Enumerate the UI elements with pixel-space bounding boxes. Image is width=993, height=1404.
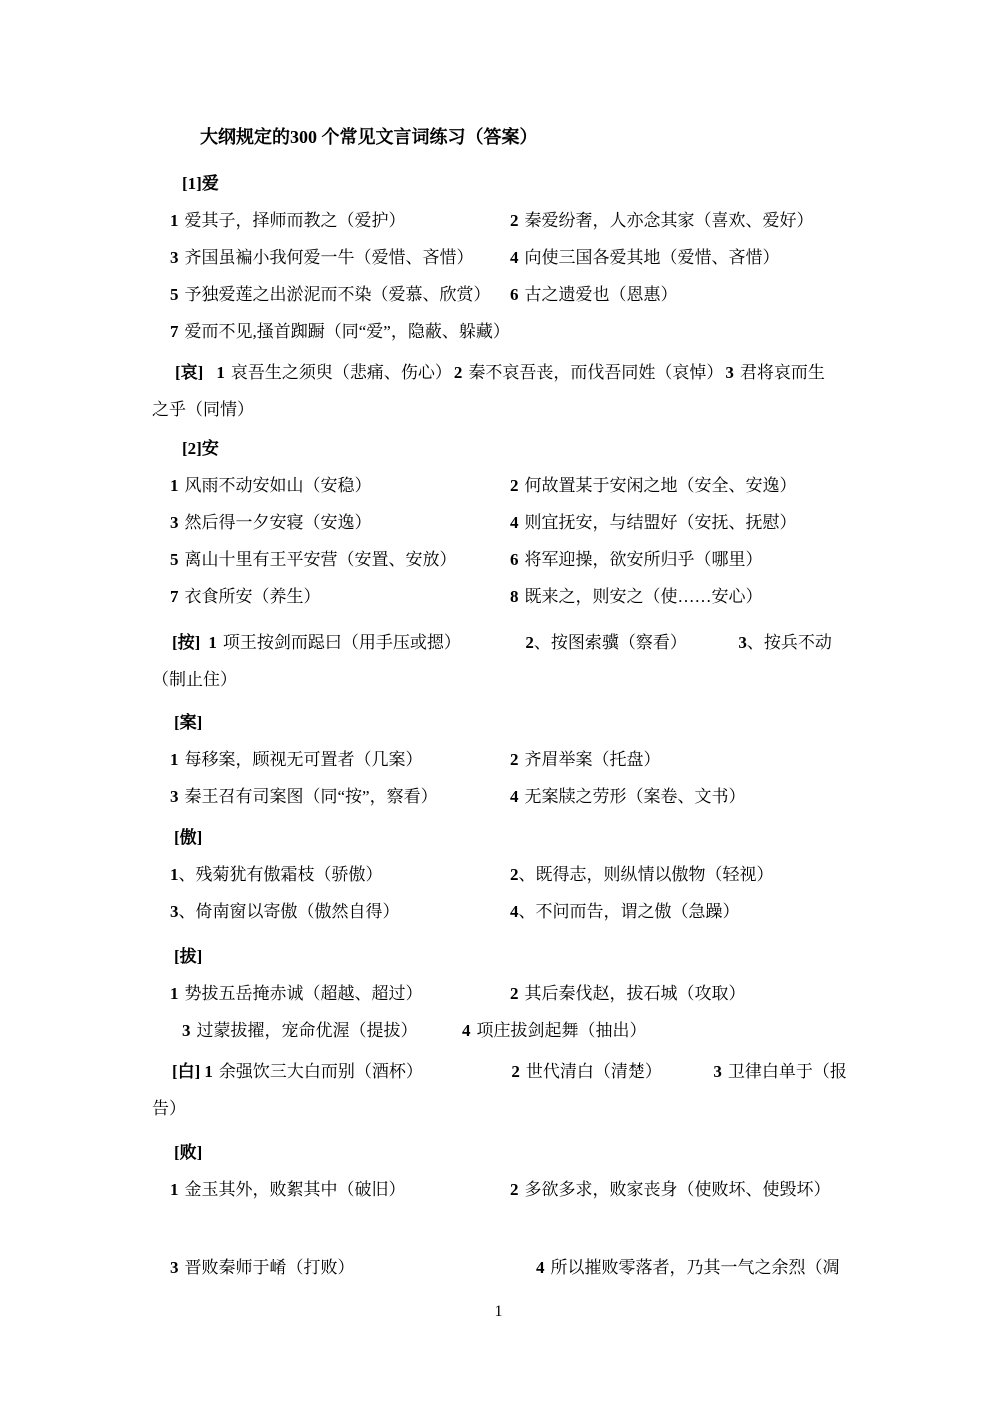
entry-text: 项庄拔剑起舞（抽出） [477, 1021, 647, 1040]
entry-text: 爱而不见,搔首踟蹰（同“爱”，隐蔽、躲藏） [185, 322, 510, 341]
entry: 3齐国虽褊小我何爱一牛（爱惜、吝惜） [170, 239, 510, 276]
entry-text: 风雨不动安如山（安稳） [185, 476, 372, 495]
entry-number: 2 [510, 865, 519, 884]
entry-row: 7衣食所安（养生）8既来之，则安之（使……安心） [152, 578, 845, 615]
entry-text: 过蒙拔擢，宠命优渥（提拔） [197, 1021, 418, 1040]
entry-text: 多欲多求，败家丧身（使败坏、使毁坏） [525, 1180, 831, 1199]
entry-number: 8 [510, 587, 519, 606]
entry: 3卫律白单于（报 [713, 1062, 847, 1081]
word-tag: [白] [172, 1062, 200, 1081]
entry: 2、既得志，则纵情以傲物（轻视） [510, 856, 774, 893]
section-heading: [傲] [152, 819, 845, 856]
entry-row: 1金玉其外，败絮其中（破旧）2多欲多求，败家丧身（使败坏、使毁坏） [152, 1171, 845, 1208]
entry-text: 其后秦伐赵，拔石城（攻取） [525, 984, 746, 1003]
entry: 7衣食所安（养生） [170, 578, 510, 615]
entry: 1哀吾生之须臾（悲痛、伤心） [216, 363, 452, 382]
entry: 3、按兵不动 [738, 633, 832, 652]
entry-text: 君将哀而生 [740, 363, 825, 382]
entry-text: 、按兵不动 [747, 633, 832, 652]
entry-number: 1 [170, 476, 179, 495]
entry-text: 予独爱莲之出淤泥而不染（爱慕、欣赏） [185, 285, 491, 304]
entry-number: 4 [510, 787, 519, 806]
entry: 2世代清白（清楚） [511, 1053, 713, 1090]
entry: 1每移案，顾视无可置者（几案） [170, 741, 510, 778]
entry-text: 则宜抚安，与结盟好（安抚、抚慰） [525, 513, 797, 532]
entry: 3过蒙拔擢，宠命优渥（提拔） [182, 1012, 462, 1049]
entry-text: 、不问而告，谓之傲（急躁） [519, 902, 740, 921]
entry-number: 6 [510, 550, 519, 569]
entry: 4向使三国各爱其地（爱惜、吝惜） [510, 239, 780, 276]
entry: 1项王按剑而跽曰（用手压或摁） [208, 624, 525, 661]
entry: 3君将哀而生 [725, 363, 825, 382]
entry-number: 1 [170, 750, 179, 769]
section-heading: [案] [152, 704, 845, 741]
entry-text: 齐眉举案（托盘） [525, 750, 661, 769]
entry-row: 3秦王召有司案图（同“按”，察看）4无案牍之劳形（案卷、文书） [152, 778, 845, 815]
entry: 3晋败秦师于崤（打败） [170, 1249, 536, 1286]
entry: 1金玉其外，败絮其中（破旧） [170, 1171, 510, 1208]
entry-text: 、倚南窗以寄傲（傲然自得） [179, 902, 400, 921]
entry-number: 4 [510, 513, 519, 532]
entry-text: 既来之，则安之（使……安心） [525, 587, 763, 606]
section-heading: [2]安 [152, 430, 845, 467]
entry-number: 1 [204, 1062, 213, 1081]
entry: 1势拔五岳掩赤诚（超越、超过） [170, 975, 510, 1012]
entry-row: 7爱而不见,搔首踟蹰（同“爱”，隐蔽、躲藏） [152, 313, 845, 350]
entry: 2何故置某于安闲之地（安全、安逸） [510, 467, 797, 504]
entry: 4无案牍之劳形（案卷、文书） [510, 778, 746, 815]
entry-number: 1 [170, 1180, 179, 1199]
entry-row: 3晋败秦师于崤（打败）4所以摧败零落者，乃其一气之余烈（凋 [152, 1249, 845, 1286]
word-tag: [按] [172, 633, 200, 652]
entry: 1、残菊犹有傲霜枝（骄傲） [170, 856, 510, 893]
entry-number: 2 [510, 984, 519, 1003]
entry-number: 2 [510, 211, 519, 230]
entry: 2秦爱纷奢，人亦念其家（喜欢、爱好） [510, 202, 814, 239]
entry-number: 6 [510, 285, 519, 304]
entry-text: 爱其子，择师而教之（爱护） [185, 211, 406, 230]
entry-text: 项王按剑而跽曰（用手压或摁） [223, 633, 461, 652]
entry: 4则宜抚安，与结盟好（安抚、抚慰） [510, 504, 797, 541]
entry: 1风雨不动安如山（安稳） [170, 467, 510, 504]
entry-row: [按]1项王按剑而跽曰（用手压或摁）2、按图索骥（察看）3、按兵不动 [152, 624, 845, 661]
word-tag: [哀] [175, 363, 203, 382]
entry: 2秦不哀吾丧，而伐吾同姓（哀悼） [454, 363, 724, 382]
entry-number: 1 [170, 865, 179, 884]
entry-number: 1 [170, 984, 179, 1003]
entry-text: 世代清白（清楚） [526, 1062, 662, 1081]
entry-text: 何故置某于安闲之地（安全、安逸） [525, 476, 797, 495]
page-number: 1 [152, 1293, 845, 1330]
entry-number: 3 [170, 248, 179, 267]
entry-number: 2 [510, 476, 519, 495]
entry-row: 3齐国虽褊小我何爱一牛（爱惜、吝惜）4向使三国各爱其地（爱惜、吝惜） [152, 239, 845, 276]
entry-number: 3 [725, 363, 734, 382]
entry-text: 金玉其外，败絮其中（破旧） [185, 1180, 406, 1199]
entry-number: 1 [170, 211, 179, 230]
entry-text: 衣食所安（养生） [185, 587, 321, 606]
entry-number: 7 [170, 587, 179, 606]
entry: 6将军迎操，欲安所归乎（哪里） [510, 541, 763, 578]
entry-row: 1每移案，顾视无可置者（几案）2齐眉举案（托盘） [152, 741, 845, 778]
entry-row: [哀]1哀吾生之须臾（悲痛、伤心）2秦不哀吾丧，而伐吾同姓（哀悼）3君将哀而生 [152, 354, 845, 391]
entry-text: 卫律白单于（报 [728, 1062, 847, 1081]
entry-text: 所以摧败零落者，乃其一气之余烈（凋 [551, 1258, 840, 1277]
entry-text: 秦王召有司案图（同“按”，察看） [185, 787, 438, 806]
continuation-line: 之乎（同情） [152, 391, 845, 428]
entry-number: 3 [170, 513, 179, 532]
entry-number: 4 [462, 1021, 471, 1040]
entry: 2齐眉举案（托盘） [510, 741, 661, 778]
entry: 4项庄拔剑起舞（抽出） [462, 1012, 647, 1049]
entry-number: 4 [510, 248, 519, 267]
continuation-line: （制止住） [152, 661, 845, 698]
entry-number: 3 [170, 902, 179, 921]
entry-number: 2 [454, 363, 463, 382]
entry-text: 将军迎操，欲安所归乎（哪里） [525, 550, 763, 569]
entry-text: 晋败秦师于崤（打败） [185, 1258, 355, 1277]
entry-text: 、残菊犹有傲霜枝（骄傲） [179, 865, 383, 884]
entry: 2、按图索骥（察看） [525, 624, 738, 661]
entry-row: [白]1余强饮三大白而别（酒杯）2世代清白（清楚）3卫律白单于（报 [152, 1053, 845, 1090]
entry-number: 3 [738, 633, 747, 652]
entry-text: 古之遗爱也（恩惠） [525, 285, 678, 304]
document-content: 大纲规定的300 个常见文言词练习（答案） [1]爱 1爱其子，择师而教之（爱护… [0, 0, 993, 1330]
entry-number: 3 [182, 1021, 191, 1040]
entry-number: 1 [216, 363, 225, 382]
entry-number: 1 [208, 633, 217, 652]
entry-text: 然后得一夕安寝（安逸） [185, 513, 372, 532]
entry-row: 1风雨不动安如山（安稳）2何故置某于安闲之地（安全、安逸） [152, 467, 845, 504]
entry-row: 5予独爱莲之出淤泥而不染（爱慕、欣赏）6古之遗爱也（恩惠） [152, 276, 845, 313]
entry-row: 3然后得一夕安寝（安逸）4则宜抚安，与结盟好（安抚、抚慰） [152, 504, 845, 541]
continuation-line: 告） [152, 1090, 845, 1127]
entry-row: 1、残菊犹有傲霜枝（骄傲）2、既得志，则纵情以傲物（轻视） [152, 856, 845, 893]
entry-number: 3 [170, 1258, 179, 1277]
entry-text: 齐国虽褊小我何爱一牛（爱惜、吝惜） [185, 248, 474, 267]
entry-row: 3过蒙拔擢，宠命优渥（提拔）4项庄拔剑起舞（抽出） [152, 1012, 845, 1049]
entry-text: 势拔五岳掩赤诚（超越、超过） [185, 984, 423, 1003]
entry: 7爱而不见,搔首踟蹰（同“爱”，隐蔽、躲藏） [170, 313, 510, 350]
entry-text: 哀吾生之须臾（悲痛、伤心） [231, 363, 452, 382]
entry-number: 2 [511, 1062, 520, 1081]
entry: 6古之遗爱也（恩惠） [510, 276, 678, 313]
entry: 2其后秦伐赵，拔石城（攻取） [510, 975, 746, 1012]
entry-text: 秦爱纷奢，人亦念其家（喜欢、爱好） [525, 211, 814, 230]
entry-text: 余强饮三大白而别（酒杯） [219, 1062, 423, 1081]
entry-number: 7 [170, 322, 179, 341]
doc-title: 大纲规定的300 个常见文言词练习（答案） [152, 119, 845, 156]
entry-row: 1势拔五岳掩赤诚（超越、超过）2其后秦伐赵，拔石城（攻取） [152, 975, 845, 1012]
section-heading: [1]爱 [152, 165, 845, 202]
entry-row: 3、倚南窗以寄傲（傲然自得）4、不问而告，谓之傲（急躁） [152, 893, 845, 930]
entry-text: 、既得志，则纵情以傲物（轻视） [519, 865, 774, 884]
entry-number: 2 [525, 633, 534, 652]
entry: 8既来之，则安之（使……安心） [510, 578, 763, 615]
entry-number: 4 [536, 1258, 545, 1277]
section-heading: [拔] [152, 938, 845, 975]
entry-text: 离山十里有王平安营（安置、安放） [185, 550, 457, 569]
entry-text: 秦不哀吾丧，而伐吾同姓（哀悼） [468, 363, 723, 382]
entry-number: 3 [170, 787, 179, 806]
entry-row: 5离山十里有王平安营（安置、安放）6将军迎操，欲安所归乎（哪里） [152, 541, 845, 578]
entry: 3然后得一夕安寝（安逸） [170, 504, 510, 541]
entry-number: 2 [510, 750, 519, 769]
entry-text: 向使三国各爱其地（爱惜、吝惜） [525, 248, 780, 267]
entry: 4、不问而告，谓之傲（急躁） [510, 893, 740, 930]
entry-number: 3 [713, 1062, 722, 1081]
entry-text: 无案牍之劳形（案卷、文书） [525, 787, 746, 806]
document-page: 大纲规定的300 个常见文言词练习（答案） [1]爱 1爱其子，择师而教之（爱护… [0, 0, 993, 1404]
section-heading: [败] [152, 1134, 845, 1171]
entry: 1余强饮三大白而别（酒杯） [204, 1053, 511, 1090]
entry-number: 5 [170, 285, 179, 304]
entry-number: 4 [510, 902, 519, 921]
entry: 5离山十里有王平安营（安置、安放） [170, 541, 510, 578]
entry-text: 、按图索骥（察看） [534, 633, 687, 652]
entry: 2多欲多求，败家丧身（使败坏、使毁坏） [510, 1171, 831, 1208]
entry-text: 每移案，顾视无可置者（几案） [185, 750, 423, 769]
entry-number: 2 [510, 1180, 519, 1199]
entry: 4所以摧败零落者，乃其一气之余烈（凋 [536, 1249, 840, 1286]
entry: 1爱其子，择师而教之（爱护） [170, 202, 510, 239]
entry: 5予独爱莲之出淤泥而不染（爱慕、欣赏） [170, 276, 510, 313]
entry: 3秦王召有司案图（同“按”，察看） [170, 778, 510, 815]
entry: 3、倚南窗以寄傲（傲然自得） [170, 893, 510, 930]
entry-row: 1爱其子，择师而教之（爱护）2秦爱纷奢，人亦念其家（喜欢、爱好） [152, 202, 845, 239]
entry-number: 5 [170, 550, 179, 569]
